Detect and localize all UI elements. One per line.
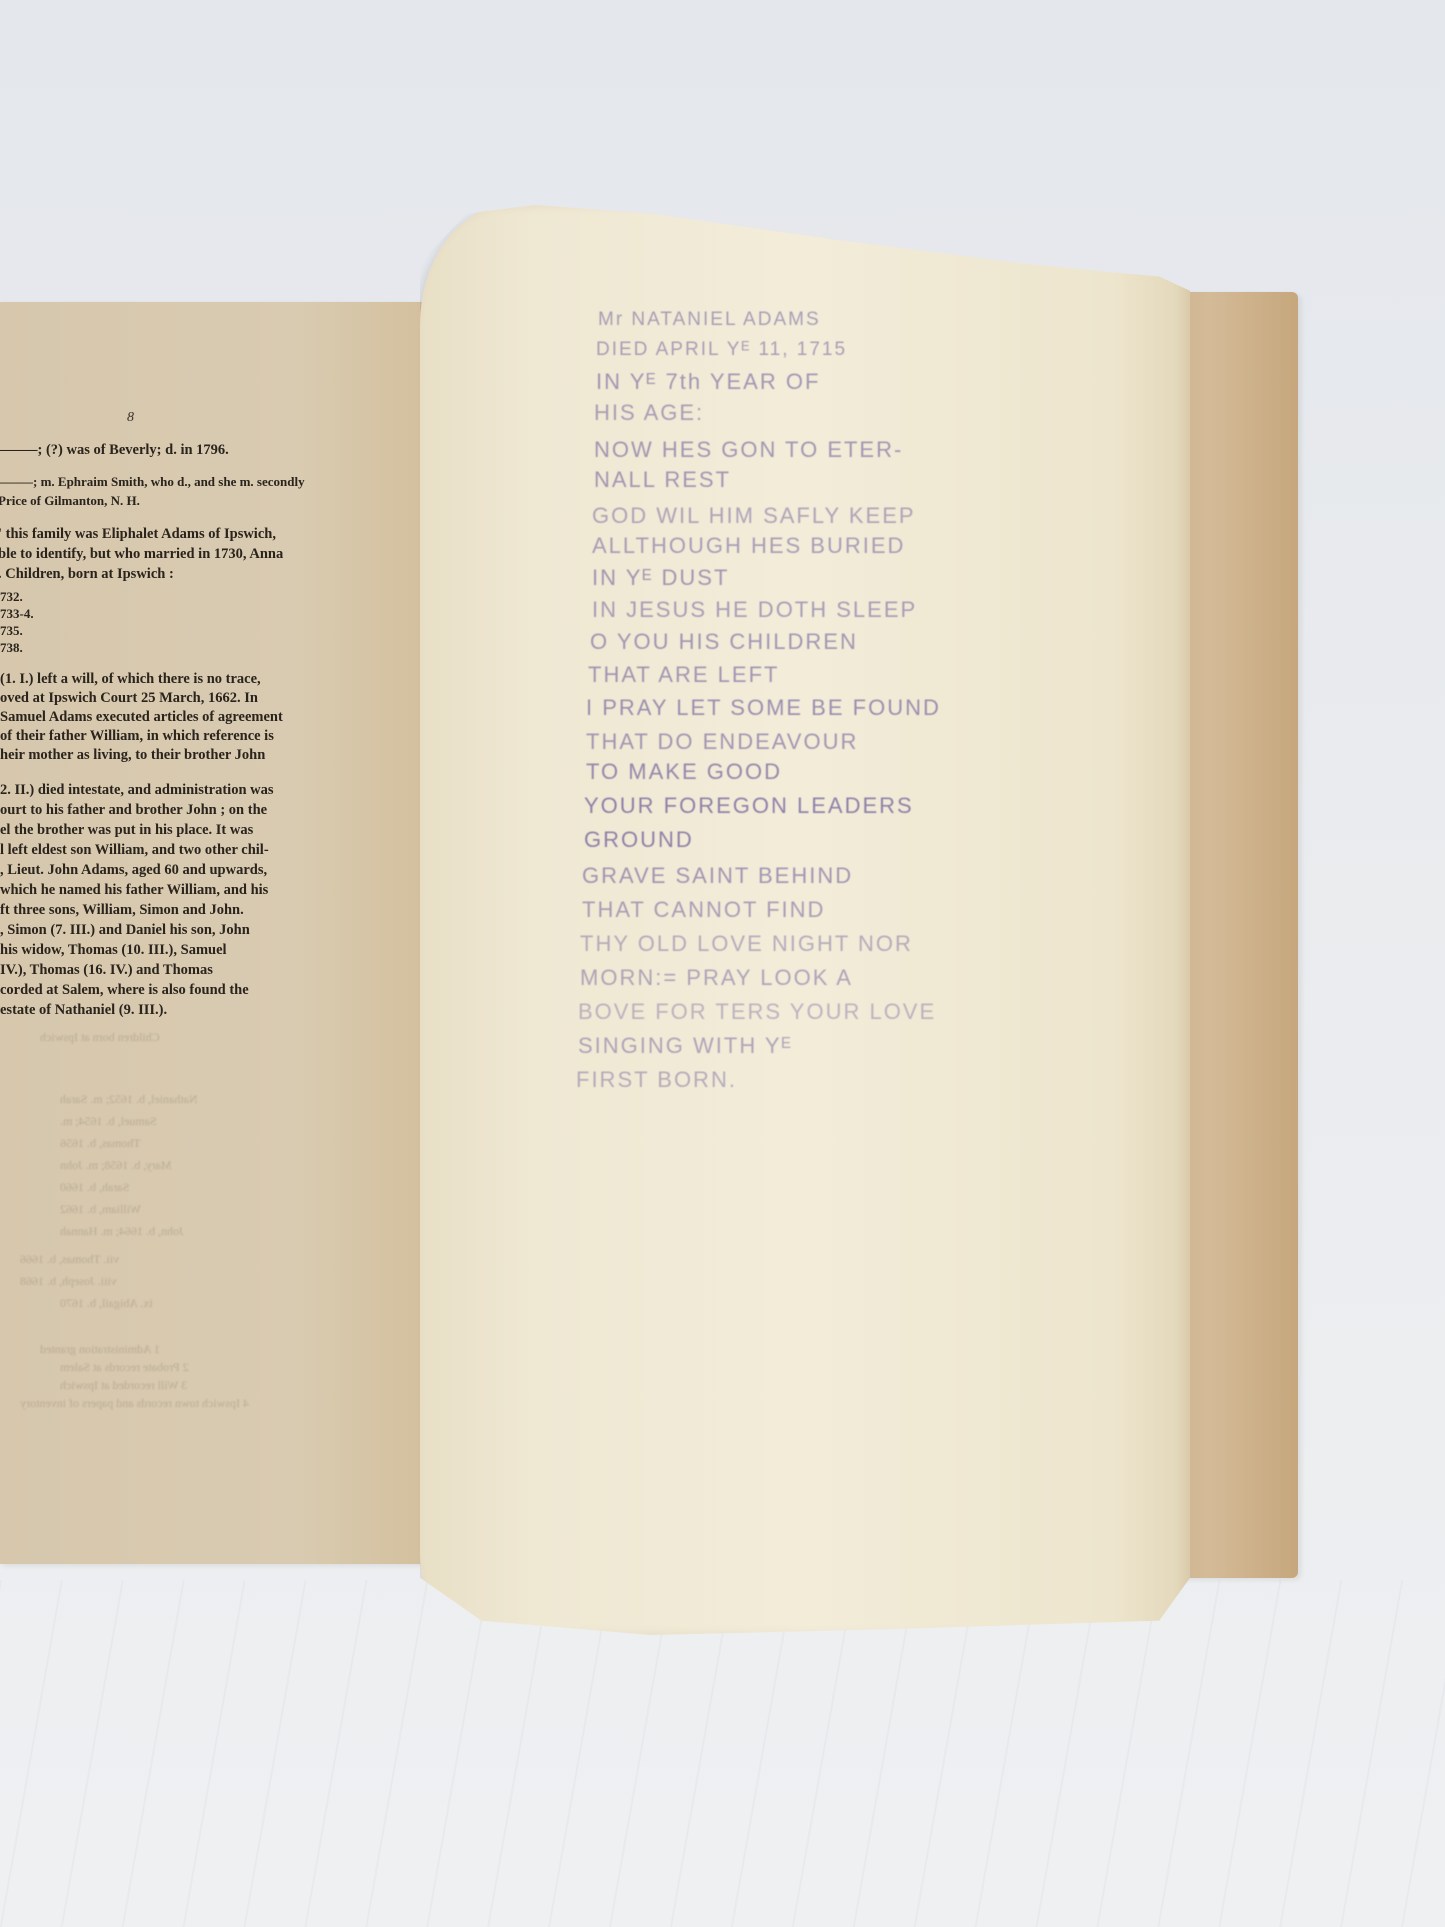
- ghost-line: Children born at Ipswich: [40, 1030, 160, 1045]
- epitaph-line: NALL REST: [594, 465, 731, 496]
- epitaph-line: FIRST BORN.: [576, 1065, 737, 1096]
- text-line: his widow, Thomas (10. III.), Samuel: [0, 940, 227, 961]
- ghost-line: Mary, b. 1658; m. John: [60, 1158, 172, 1173]
- epitaph-line: THAT ARE LEFT: [588, 660, 779, 691]
- text-line: oved at Ipswich Court 25 March, 1662. In: [0, 688, 258, 709]
- ghost-line: Thomas, b. 1656: [60, 1136, 141, 1151]
- ghost-line: 1 Administration granted: [40, 1342, 160, 1357]
- ghost-line: Nathaniel, b. 1652; m. Sarah: [60, 1092, 198, 1107]
- text-line: (1. I.) left a will, of which there is n…: [0, 669, 261, 690]
- epitaph-line: IN JESUS HE DOTH SLEEP: [592, 595, 917, 626]
- epitaph-line: NOW HES GON TO ETER-: [594, 435, 903, 466]
- epitaph-line: O YOU HIS CHILDREN: [590, 627, 858, 658]
- text-line: el the brother was put in his place. It …: [0, 820, 253, 841]
- ghost-line: 4 Ipswich town records and papers of inv…: [20, 1396, 249, 1411]
- text-line: 738.: [0, 638, 23, 659]
- epitaph-line: IN Yᴱ DUST: [592, 563, 729, 594]
- epitaph-line: Mr NATANIEL ADAMS: [598, 305, 821, 336]
- right-page: Mr NATANIEL ADAMS DIED APRIL Yᴱ 11, 1715…: [420, 205, 1190, 1635]
- epitaph-line: THAT DO ENDEAVOUR: [586, 727, 858, 758]
- page-number: 8: [127, 410, 134, 426]
- text-line: Price of Gilmanton, N. H.: [0, 491, 140, 512]
- ghost-line: 2 Probate records at Salem: [60, 1360, 189, 1375]
- text-line: which he named his father William, and h…: [0, 880, 268, 901]
- text-line: ft three sons, William, Simon and John.: [0, 900, 244, 921]
- text-line: corded at Salem, where is also found the: [0, 980, 249, 1001]
- text-line: , Simon (7. III.) and Daniel his son, Jo…: [0, 920, 250, 941]
- text-line: , Lieut. John Adams, aged 60 and upwards…: [0, 860, 267, 881]
- text-line: l left eldest son William, and two other…: [0, 840, 269, 861]
- text-line: ' this family was Eliphalet Adams of Ips…: [0, 524, 276, 545]
- epitaph-line: TO MAKE GOOD: [586, 757, 782, 788]
- text-line: IV.), Thomas (16. IV.) and Thomas: [0, 960, 213, 981]
- epitaph-line: ALLTHOUGH HES BURIED: [592, 531, 905, 562]
- epitaph-line: SINGING WITH Yᴱ: [578, 1031, 793, 1062]
- text-line: ———; m. Ephraim Smith, who d., and she m…: [0, 472, 305, 493]
- text-line: ble to identify, but who married in 1730…: [0, 544, 283, 565]
- ghost-line: vii. Thomas, b. 1666: [20, 1252, 119, 1267]
- text-line: heir mother as living, to their brother …: [0, 745, 265, 766]
- ghost-line: John, b. 1664; m. Hannah: [60, 1224, 184, 1239]
- text-line: ———; (?) was of Beverly; d. in 1796.: [0, 440, 229, 461]
- text-line: estate of Nathaniel (9. III.).: [0, 1000, 167, 1021]
- text-line: ourt to his father and brother John ; on…: [0, 800, 267, 821]
- epitaph-line: YOUR FOREGON LEADERS: [584, 791, 914, 822]
- epitaph-line: DIED APRIL Yᴱ 11, 1715: [596, 335, 847, 366]
- ghost-line: Samuel, b. 1654; m.: [60, 1114, 157, 1129]
- epitaph-line: THY OLD LOVE NIGHT NOR: [580, 929, 913, 960]
- text-line: . Children, born at Ipswich :: [0, 564, 174, 585]
- epitaph-line: IN Yᴱ 7th YEAR OF: [596, 367, 820, 398]
- text-line: of their father William, in which refere…: [0, 726, 274, 747]
- epitaph-line: I PRAY LET SOME BE FOUND: [586, 693, 941, 724]
- epitaph-line: HIS AGE:: [594, 398, 704, 429]
- ghost-line: 3 Will recorded at Ipswich: [60, 1378, 187, 1393]
- epitaph-line: BOVE FOR TERS YOUR LOVE: [578, 997, 936, 1028]
- ghost-line: viii. Joseph, b. 1668: [20, 1274, 117, 1289]
- epitaph-line: GRAVE SAINT BEHIND: [582, 861, 853, 892]
- epitaph-line: MORN:= PRAY LOOK A: [580, 963, 853, 994]
- text-line: 2. II.) died intestate, and administrati…: [0, 780, 274, 801]
- epitaph-line: GROUND: [584, 825, 694, 856]
- ghost-line: William, b. 1662: [60, 1202, 141, 1217]
- ghost-line: ix. Abigail, b. 1670: [60, 1296, 153, 1311]
- text-line: Samuel Adams executed articles of agreem…: [0, 707, 283, 728]
- epitaph-line: GOD WIL HIM SAFLY KEEP: [592, 501, 916, 532]
- epitaph-line: THAT CANNOT FIND: [582, 895, 825, 926]
- ghost-line: Sarah, b. 1660: [60, 1180, 129, 1195]
